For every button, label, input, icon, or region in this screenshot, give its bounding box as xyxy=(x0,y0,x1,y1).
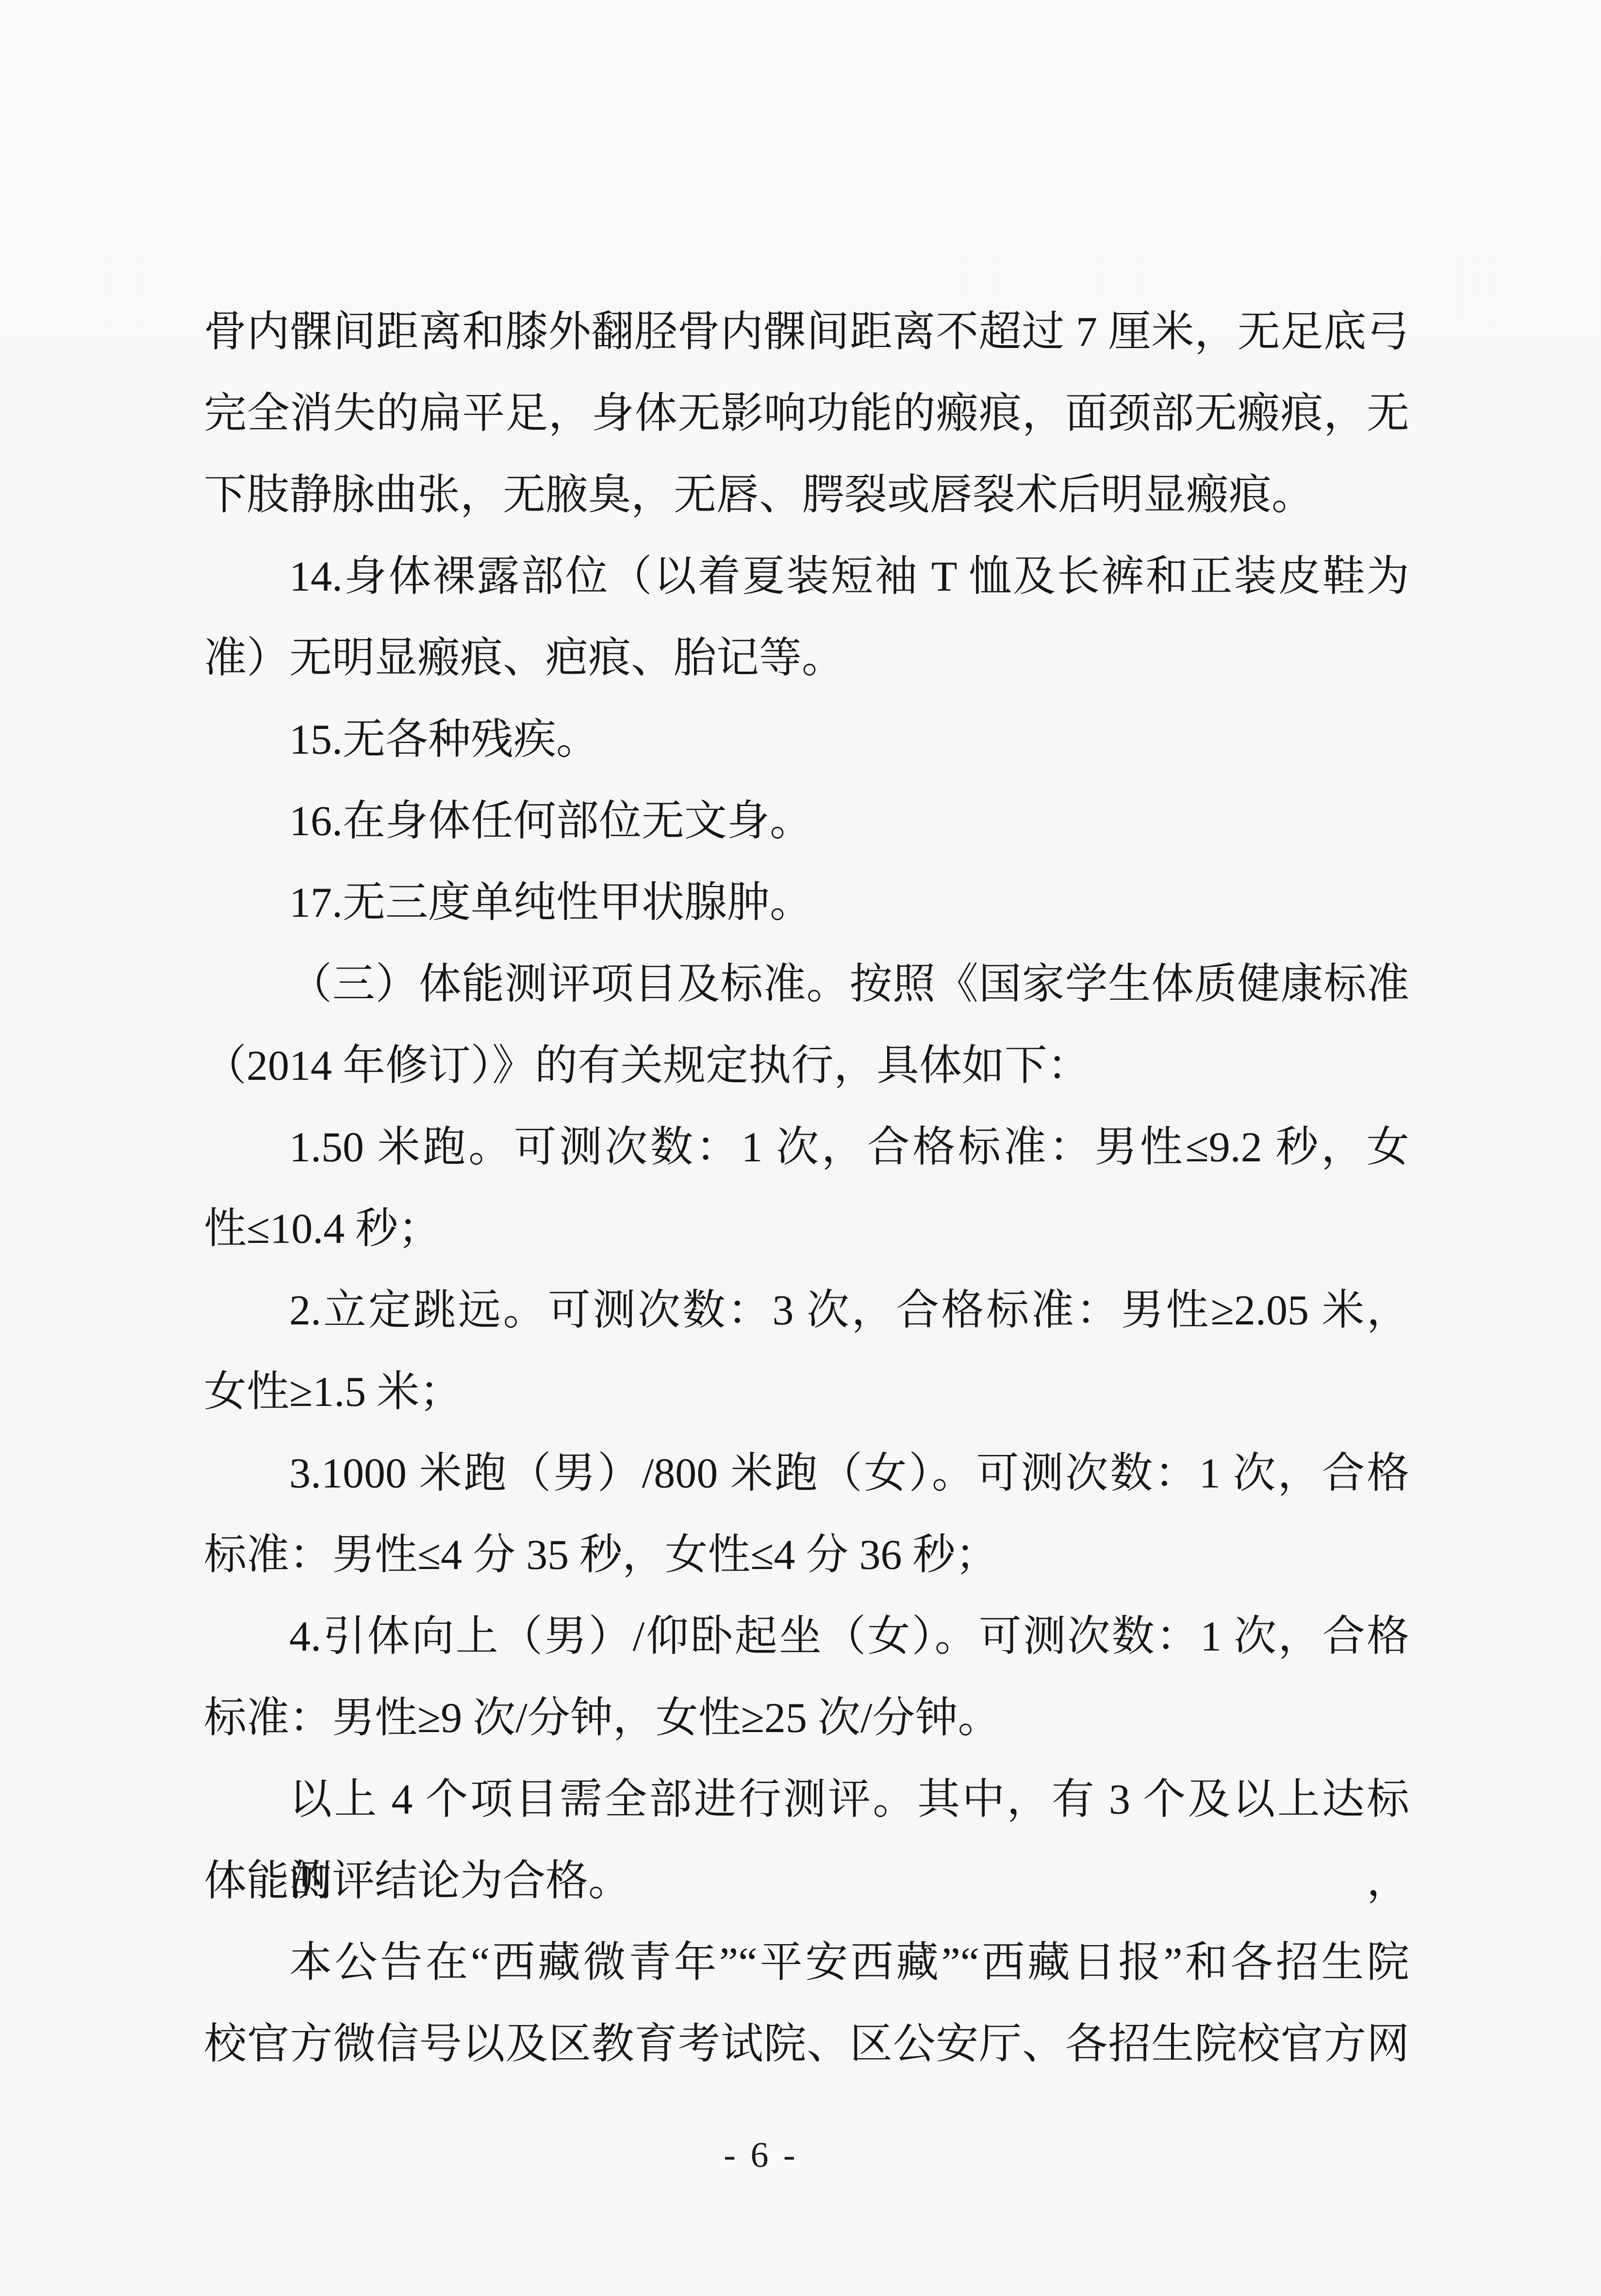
text-line: 本公告在“西藏微青年”“平安西藏”“西藏日报”和各招生院 xyxy=(204,1922,1409,2004)
text-line: 骨内髁间距离和膝外翻胫骨内髁间距离不超过 7 厘米，无足底弓 xyxy=(204,292,1409,373)
text-line: 17.无三度单纯性甲状腺肿。 xyxy=(204,862,1409,944)
text-line: 4.引体向上（男）/仰卧起坐（女）。可测次数：1 次，合格 xyxy=(204,1596,1409,1678)
text-line: 女性≥1.5 米； xyxy=(204,1352,1409,1433)
text-line: 3.1000 米跑（男）/800 米跑（女）。可测次数：1 次，合格 xyxy=(204,1433,1409,1515)
text-line: 下肢静脉曲张，无腋臭，无唇、腭裂或唇裂术后明显瘢痕。 xyxy=(204,455,1409,536)
text-line: 准）无明显瘢痕、疤痕、胎记等。 xyxy=(204,618,1409,699)
text-line: 14.身体裸露部位（以着夏装短袖 T 恤及长裤和正装皮鞋为 xyxy=(204,536,1409,618)
text-line: 以上 4 个项目需全部进行测评。其中，有 3 个及以上达标的， xyxy=(204,1759,1409,1841)
text-line: 性≤10.4 秒； xyxy=(204,1189,1409,1270)
text-line: 15.无各种残疾。 xyxy=(204,699,1409,781)
text-line: 2.立定跳远。可测次数：3 次，合格标准：男性≥2.05 米， xyxy=(204,1270,1409,1352)
scanned-document-page: { "page": { "number_label": "- 6 -" }, "… xyxy=(0,0,1601,2296)
text-line: 标准：男性≥9 次/分钟，女性≥25 次/分钟。 xyxy=(204,1678,1409,1759)
text-line: 校官方微信号以及区教育考试院、区公安厅、各招生院校官方网 xyxy=(204,2004,1409,2085)
page-number: - 6 - xyxy=(688,2133,834,2177)
text-line: （三）体能测评项目及标准。按照《国家学生体质健康标准 xyxy=(204,944,1409,1025)
text-line: 1.50 米跑。可测次数：1 次，合格标准：男性≤9.2 秒，女 xyxy=(204,1107,1409,1189)
text-line: 16.在身体任何部位无文身。 xyxy=(204,781,1409,862)
page-text: 骨内髁间距离和膝外翻胫骨内髁间距离不超过 7 厘米，无足底弓完全消失的扁平足，身… xyxy=(204,292,1409,2085)
text-line: （2014 年修订）》的有关规定执行，具体如下： xyxy=(204,1025,1409,1107)
text-line: 完全消失的扁平足，身体无影响功能的瘢痕，面颈部无瘢痕，无 xyxy=(204,373,1409,455)
text-line: 标准：男性≤4 分 35 秒，女性≤4 分 36 秒； xyxy=(204,1515,1409,1596)
